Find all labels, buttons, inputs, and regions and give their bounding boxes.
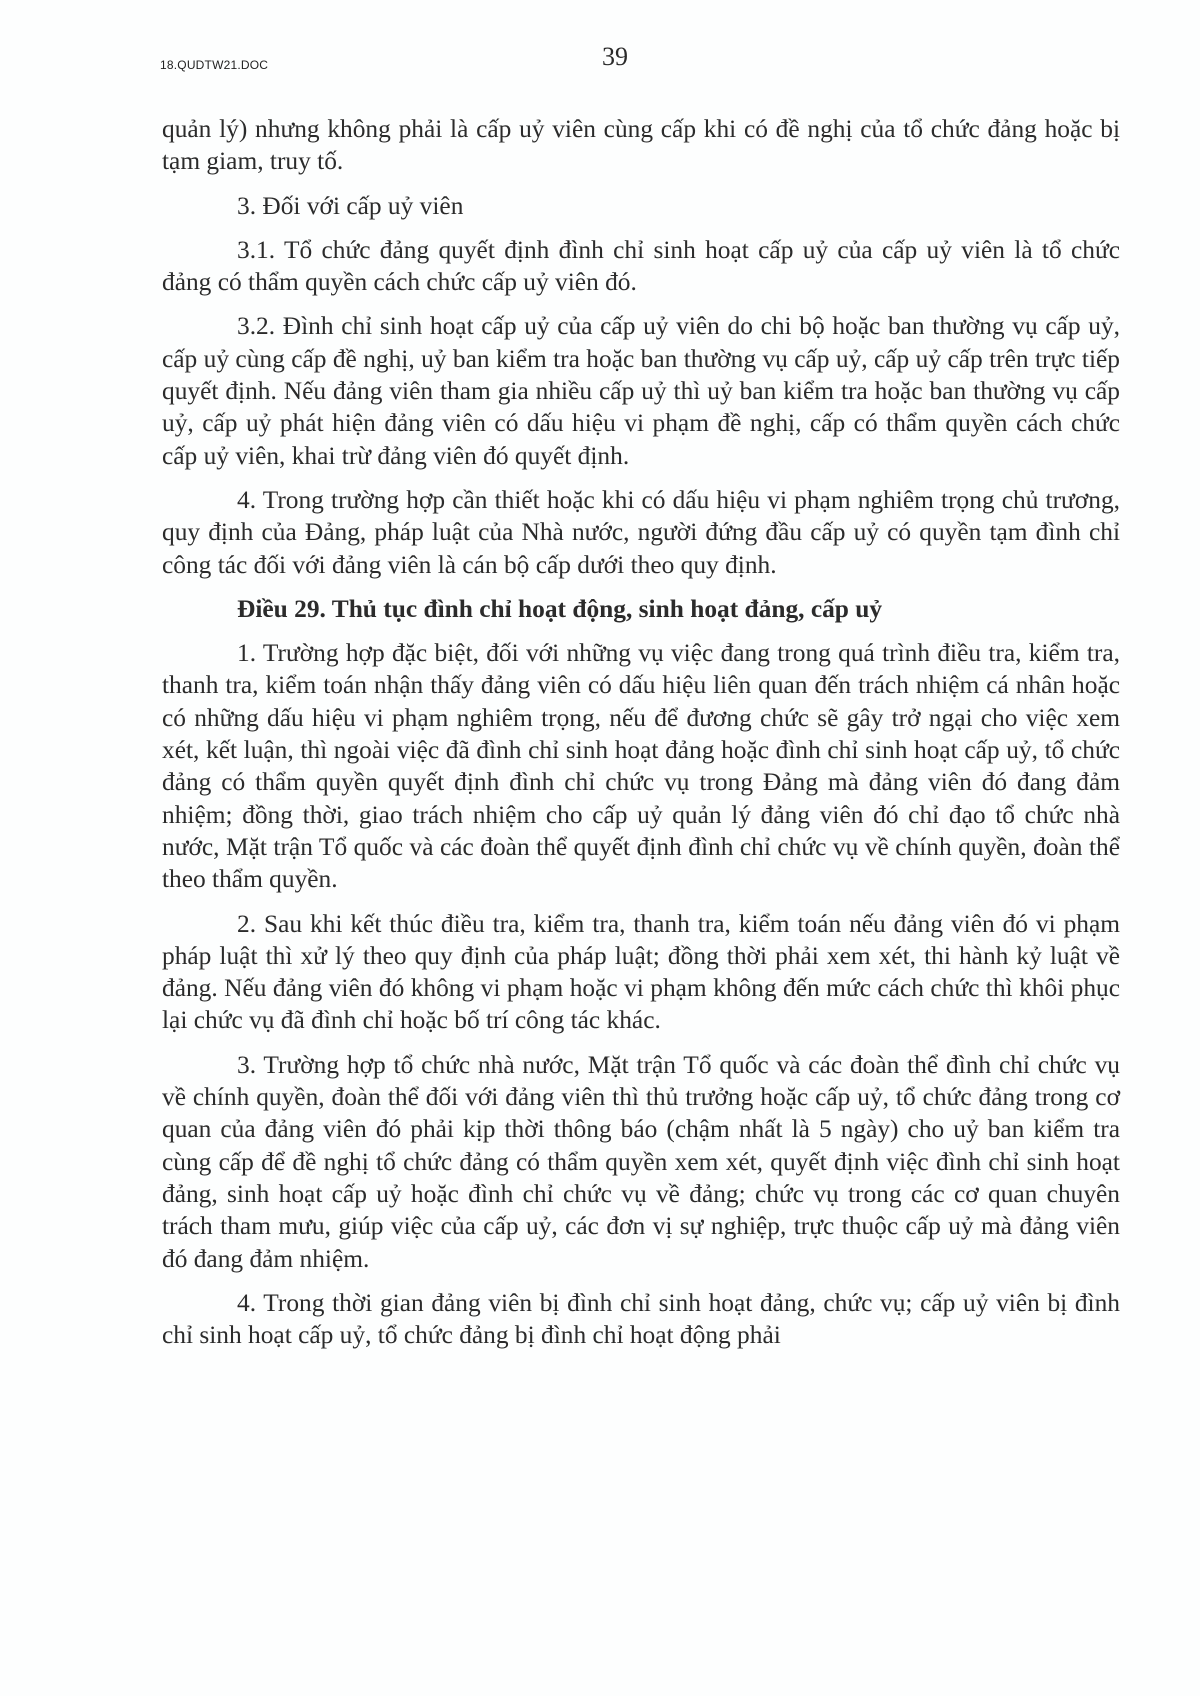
paragraph-section-3-1: 3.1. Tổ chức đảng quyết định đình chỉ si… bbox=[162, 234, 1120, 299]
document-body: quản lý) nhưng không phải là cấp uỷ viên… bbox=[162, 113, 1120, 1363]
paragraph-section-3-2: 3.2. Đình chỉ sinh hoạt cấp uỷ của cấp u… bbox=[162, 310, 1120, 471]
paragraph-continuation: quản lý) nhưng không phải là cấp uỷ viên… bbox=[162, 113, 1120, 178]
paragraph-section-3: 3. Đối với cấp uỷ viên bbox=[162, 190, 1120, 222]
article-29-clause-2: 2. Sau khi kết thúc điều tra, kiểm tra, … bbox=[162, 908, 1120, 1037]
page-number: 39 bbox=[0, 42, 1200, 72]
article-29-clause-4: 4. Trong thời gian đảng viên bị đình chỉ… bbox=[162, 1287, 1120, 1352]
article-29-clause-1: 1. Trường hợp đặc biệt, đối với những vụ… bbox=[162, 637, 1120, 895]
article-29-clause-3: 3. Trường hợp tổ chức nhà nước, Mặt trận… bbox=[162, 1049, 1120, 1275]
article-29-heading: Điều 29. Thủ tục đình chỉ hoạt động, sin… bbox=[162, 593, 1120, 625]
paragraph-section-4: 4. Trong trường hợp cần thiết hoặc khi c… bbox=[162, 484, 1120, 581]
